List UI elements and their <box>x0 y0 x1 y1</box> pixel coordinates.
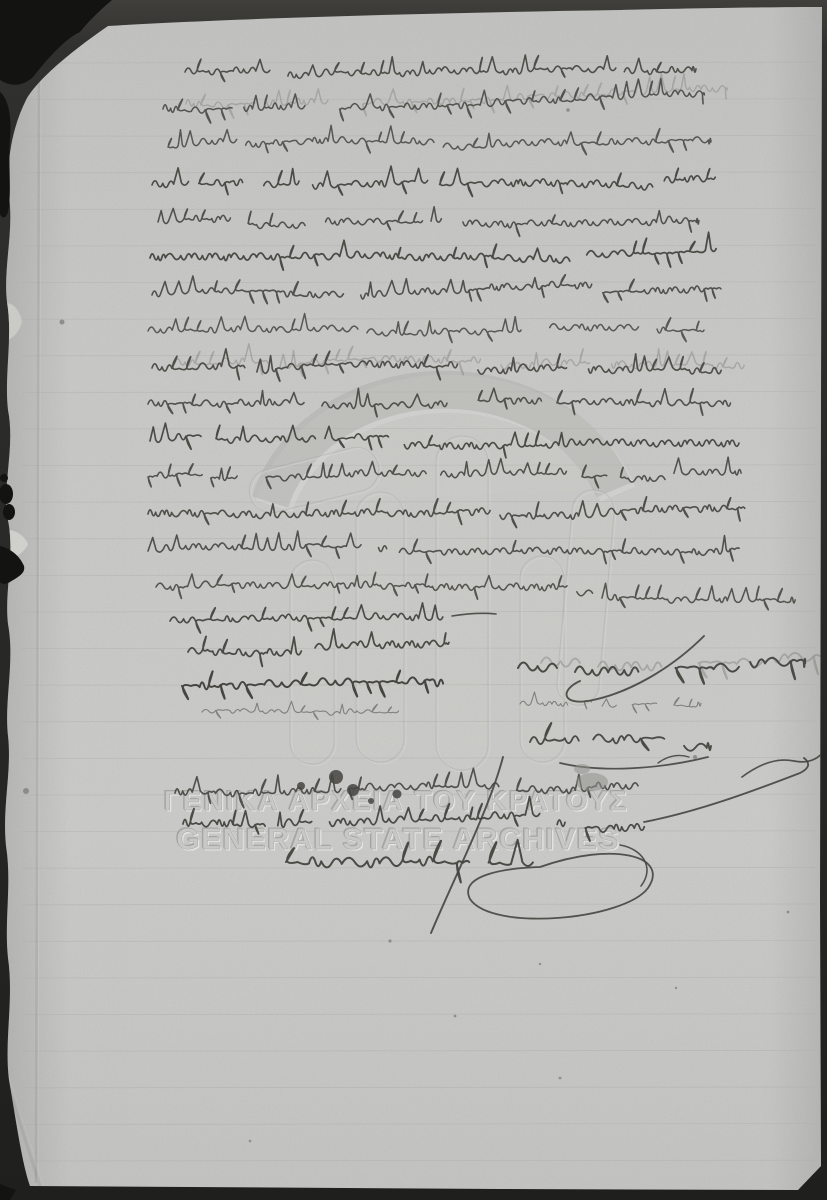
torn-hole-left <box>0 474 8 482</box>
torn-hole-left <box>3 504 15 520</box>
left-edge-shade <box>0 0 70 1200</box>
watermark-text-english: GENERAL STATE ARCHIVES <box>176 823 620 856</box>
scanned-document: ΓΕΝΙΚΑ ΑΡΧΕΙΑ ΤΟΥ ΚΡΑΤΟΥΣ ΓΕΝΙΚΑ ΑΡΧΕΙΑ … <box>0 0 827 1200</box>
torn-sliver-left <box>0 92 11 218</box>
